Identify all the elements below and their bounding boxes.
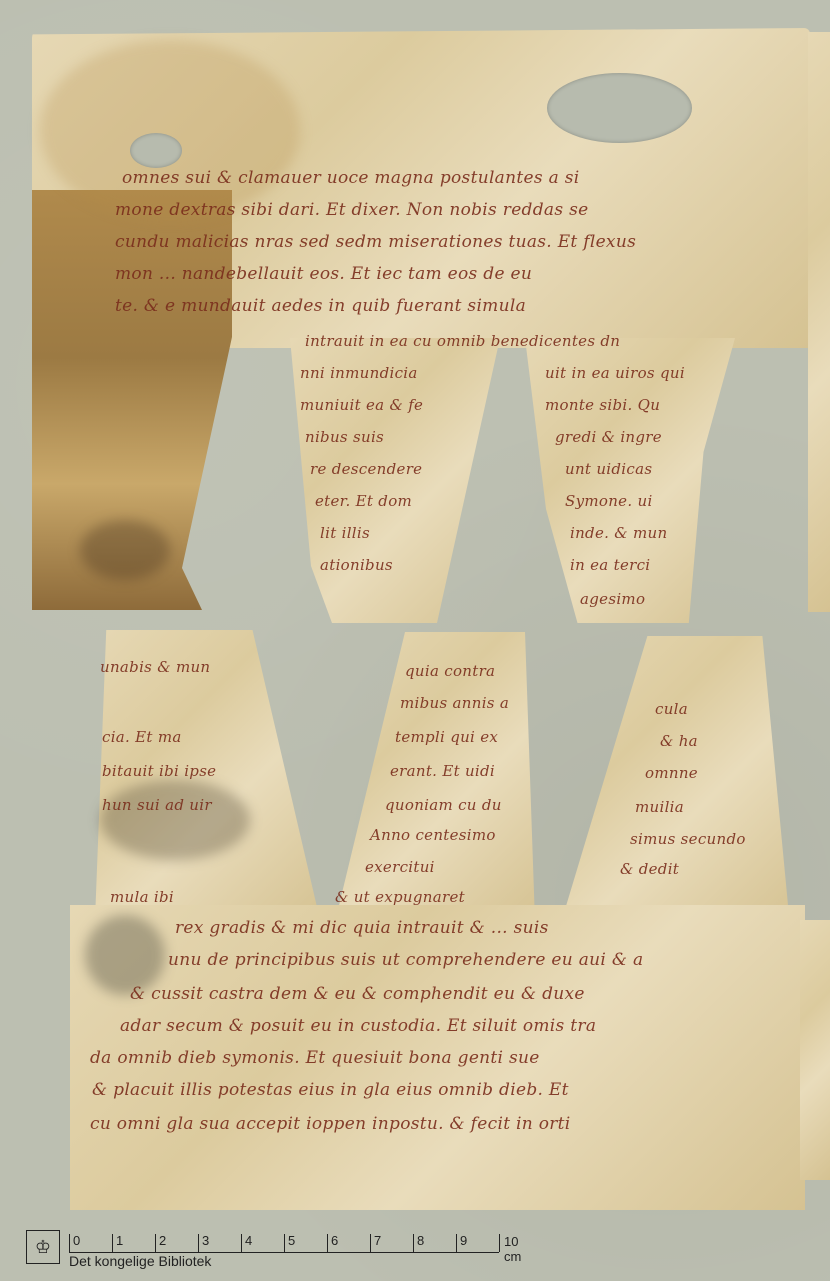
right-edge-piece [808, 32, 830, 612]
manuscript-line: da omnib dieb symonis. Et quesiuit bona … [90, 1048, 540, 1068]
manuscript-line: & ha [660, 732, 698, 750]
royal-crown-logo-icon: ♔ [26, 1230, 60, 1264]
manuscript-line: lit illis [320, 524, 370, 542]
manuscript-line: adar secum & posuit eu in custodia. Et s… [120, 1016, 596, 1036]
tick-label: 8 [417, 1234, 424, 1248]
tick-label: 0 [73, 1234, 80, 1248]
scale-bar: ♔ 0 1 2 3 4 5 6 7 8 9 10 cm Det kongelig… [26, 1230, 499, 1270]
manuscript-line: inde. & mun [570, 524, 667, 542]
manuscript-line: omnes sui & clamauer uoce magna postulan… [122, 168, 580, 188]
manuscript-line: nni inmundicia [300, 364, 418, 382]
manuscript-line: mon ... nandebellauit eos. Et iec tam eo… [115, 264, 532, 284]
manuscript-line: mula ibi [110, 888, 174, 906]
manuscript-line: omnne [645, 764, 698, 782]
manuscript-line: simus secundo [630, 830, 746, 848]
manuscript-line: cula [655, 700, 688, 718]
manuscript-line: nibus suis [305, 428, 384, 446]
hole-small [130, 133, 182, 168]
manuscript-line: quia contra [405, 662, 495, 680]
manuscript-line: templi qui ex [395, 728, 498, 746]
manuscript-line: eter. Et dom [315, 492, 412, 510]
manuscript-line: uit in ea uiros qui [545, 364, 685, 382]
mold-stain [100, 780, 250, 860]
tick-label: 7 [374, 1234, 381, 1248]
manuscript-line: muniuit ea & fe [300, 396, 423, 414]
manuscript-line: gredi & ingre [555, 428, 662, 446]
stain [80, 520, 170, 580]
tick-label: 2 [159, 1234, 166, 1248]
lower-right-edge [800, 920, 830, 1180]
manuscript-line: unabis & mun [100, 658, 210, 676]
manuscript-line: in ea terci [570, 556, 650, 574]
tick-label: 4 [245, 1234, 252, 1248]
manuscript-line: & cussit castra dem & eu & comphendit eu… [130, 984, 585, 1004]
manuscript-line: Anno centesimo [370, 826, 496, 844]
tick-label: 5 [288, 1234, 295, 1248]
manuscript-line: cu omni gla sua accepit ioppen inpostu. … [90, 1114, 571, 1134]
manuscript-line: Symone. ui [565, 492, 653, 510]
tick-label: 1 [116, 1234, 123, 1248]
manuscript-line: & dedit [620, 860, 679, 878]
scale-unit-label: 10 cm [504, 1234, 521, 1264]
mold-stain [85, 915, 165, 995]
manuscript-line: cia. Et ma [102, 728, 182, 746]
manuscript-line: re descendere [310, 460, 422, 478]
manuscript-line: te. & e mundauit aedes in quib fuerant s… [115, 296, 526, 316]
manuscript-line: unu de principibus suis ut comprehendere… [168, 950, 643, 970]
manuscript-line: exercitui [365, 858, 435, 876]
manuscript-line: rex gradis & mi dic quia intrauit & ... … [175, 918, 549, 938]
stain [40, 40, 300, 220]
manuscript-line: erant. Et uidi [390, 762, 495, 780]
manuscript-line: hun sui ad uir [102, 796, 212, 814]
manuscript-line: & placuit illis potestas eius in gla eiu… [92, 1080, 569, 1100]
manuscript-line: intrauit in ea cu omnib benedicentes dn [305, 332, 620, 350]
hole-large [547, 73, 692, 143]
manuscript-line: ationibus [320, 556, 393, 574]
manuscript-line: mone dextras sibi dari. Et dixer. Non no… [115, 200, 588, 220]
manuscript-line: quoniam cu du [385, 796, 502, 814]
tick-label: 9 [460, 1234, 467, 1248]
manuscript-line: monte sibi. Qu [545, 396, 660, 414]
manuscript-line: & ut expugnaret [335, 888, 465, 906]
tick-label: 6 [331, 1234, 338, 1248]
manuscript-line: bitauit ibi ipse [102, 762, 216, 780]
manuscript-line: agesimo [580, 590, 645, 608]
tick-label: 3 [202, 1234, 209, 1248]
manuscript-line: cundu malicias nras sed sedm miseratione… [115, 232, 636, 252]
manuscript-line: muilia [635, 798, 684, 816]
manuscript-line: mibus annis a [400, 694, 509, 712]
institution-name: Det kongelige Bibliotek [69, 1253, 211, 1269]
ruler: 0 1 2 3 4 5 6 7 8 9 [69, 1230, 499, 1253]
manuscript-line: unt uidicas [565, 460, 652, 478]
